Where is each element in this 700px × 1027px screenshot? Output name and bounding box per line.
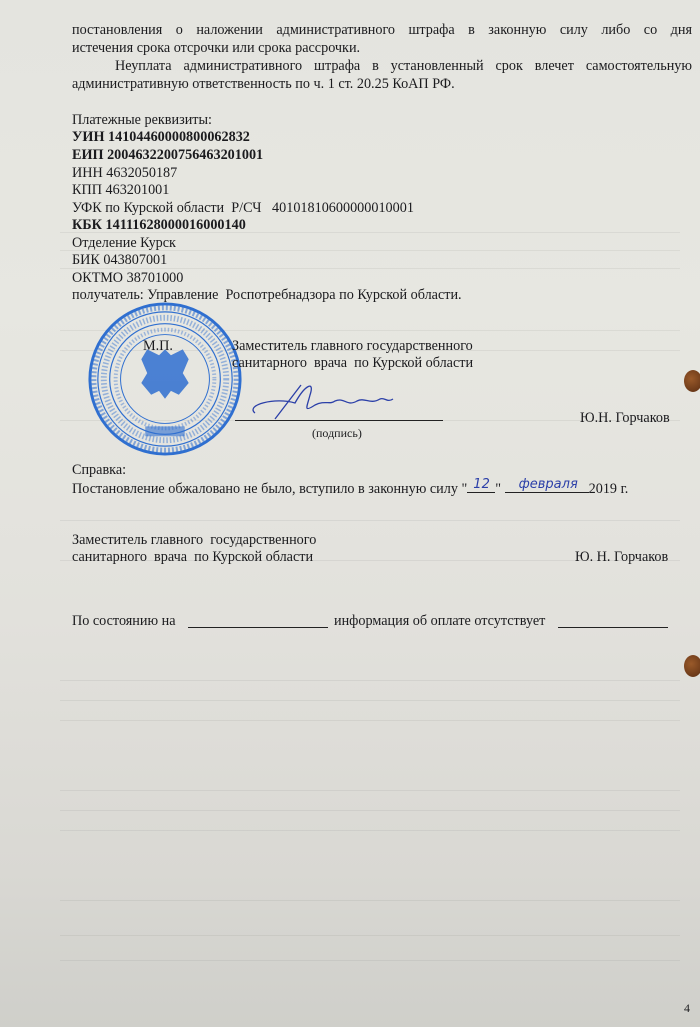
paragraph-2-line-1: Неуплата административного штрафа в уста… bbox=[115, 58, 692, 75]
inn: ИНН 4632050187 bbox=[72, 165, 177, 182]
paragraph-1-line-1: постановления о наложении административн… bbox=[72, 22, 692, 39]
paragraph-1-line-2: истечения срока отсрочки или срока расср… bbox=[72, 40, 360, 57]
bik: БИК 043807001 bbox=[72, 252, 167, 269]
handwritten-signature-icon bbox=[235, 375, 455, 425]
payment-heading: Платежные реквизиты: bbox=[72, 112, 212, 129]
oktmo: ОКТМО 38701000 bbox=[72, 270, 183, 287]
note-text: Постановление обжаловано не было, вступи… bbox=[72, 479, 628, 498]
binder-hole-icon bbox=[684, 370, 700, 392]
payment-status-label: По состоянию на bbox=[72, 613, 176, 630]
handwritten-month: февраля bbox=[519, 476, 578, 493]
kbk: КБК 14111628000016000140 bbox=[72, 217, 246, 234]
uin: УИН 14104460000800062832 bbox=[72, 129, 250, 146]
binder-hole-icon bbox=[684, 655, 700, 677]
note-heading: Справка: bbox=[72, 462, 126, 479]
document-page: постановления о наложении административн… bbox=[0, 0, 700, 1027]
ufk-account: УФК по Курской области Р/СЧ 401018106000… bbox=[72, 200, 414, 217]
signer-name: Ю.Н. Горчаков bbox=[580, 410, 670, 427]
second-signer-name: Ю. Н. Горчаков bbox=[575, 549, 668, 566]
stamp-place-label: М.П. bbox=[143, 338, 173, 355]
second-signer-title-line-1: Заместитель главного государственного bbox=[72, 532, 316, 549]
signer-title-line-2: санитарного врача по Курской области bbox=[232, 355, 473, 372]
signer-title-line-1: Заместитель главного государственного bbox=[232, 338, 473, 355]
eip: ЕИП 2004632200756463201001 bbox=[72, 147, 263, 164]
bank-branch: Отделение Курск bbox=[72, 235, 176, 252]
signature-caption: (подпись) bbox=[312, 425, 362, 442]
second-signer-title-line-2: санитарного врача по Курской области bbox=[72, 549, 313, 566]
official-stamp-icon bbox=[86, 300, 244, 458]
handwritten-day: 12 bbox=[473, 476, 490, 493]
page-number: 4 bbox=[684, 1000, 690, 1017]
kpp: КПП 463201001 bbox=[72, 182, 169, 199]
paragraph-2-line-2: административную ответственность по ч. 1… bbox=[72, 76, 455, 93]
payment-status-text: информация об оплате отсутствует bbox=[334, 613, 545, 630]
